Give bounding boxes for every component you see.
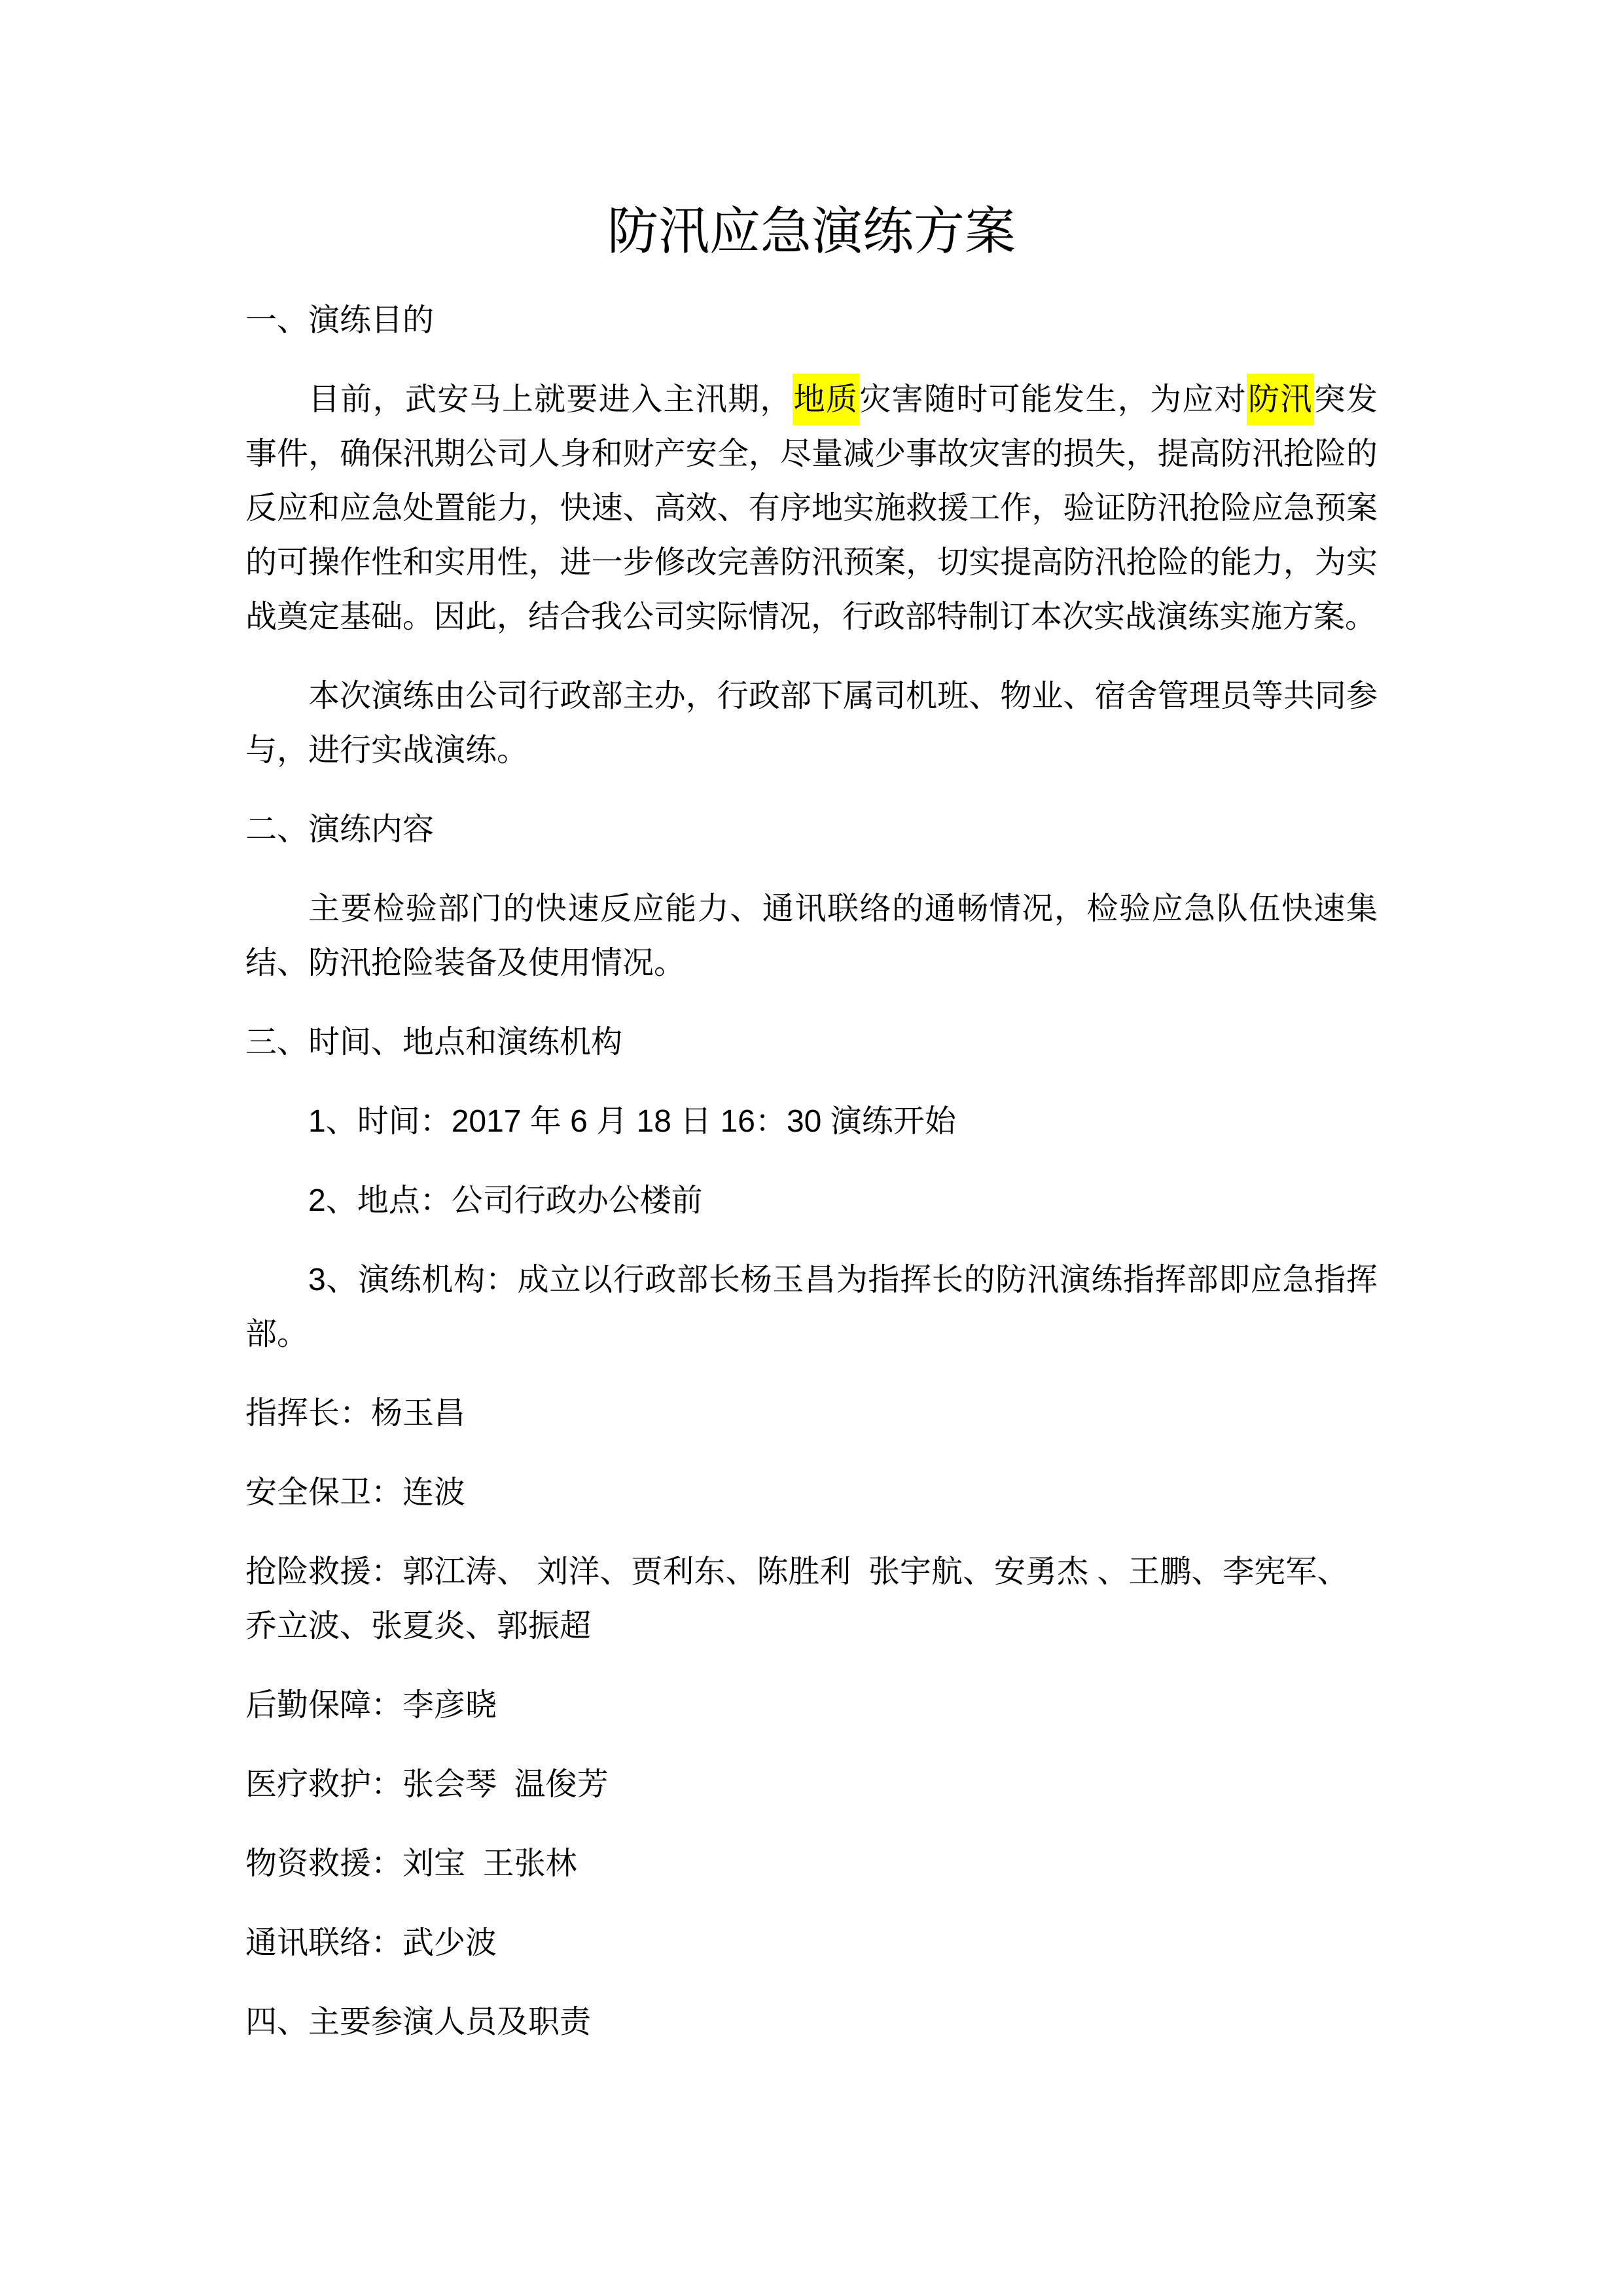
role-supplies: 物资救援：刘宝 王张林: [245, 1837, 1378, 1891]
purpose-text-pre: 目前，武安马上就要进入主汛期，: [308, 382, 793, 417]
role-logistics: 后勤保障：李彦晓: [245, 1678, 1378, 1732]
section-heading-1: 一、演练目的: [245, 293, 1378, 348]
role-medical: 医疗救护：张会琴 温俊芳: [245, 1757, 1378, 1812]
role-rescue: 抢险救援：郭江涛、 刘洋、贾利东、陈胜利 张宇航、安勇杰 、王鹏、李宪军、乔立波…: [245, 1545, 1378, 1653]
organization-item: 3、演练机构：成立以行政部长杨玉昌为指挥长的防汛演练指挥部即应急指挥部。: [245, 1253, 1378, 1361]
time-item: 1、时间：2017 年 6 月 18 日 16：30 演练开始: [245, 1094, 1378, 1149]
purpose-paragraph: 目前，武安马上就要进入主汛期，地质灾害随时可能发生，为应对防汛突发事件，确保汛期…: [245, 372, 1378, 644]
document-title: 防汛应急演练方案: [245, 195, 1378, 268]
section-heading-4: 四、主要参演人员及职责: [245, 1995, 1378, 2049]
document-page: 防汛应急演练方案 一、演练目的 目前，武安马上就要进入主汛期，地质灾害随时可能发…: [0, 0, 1623, 2296]
role-commander: 指挥长：杨玉昌: [245, 1386, 1378, 1441]
role-communication: 通讯联络：武少波: [245, 1916, 1378, 1970]
section-heading-2: 二、演练内容: [245, 802, 1378, 857]
content-paragraph: 主要检验部门的快速反应能力、通讯联络的通畅情况，检验应急队伍快速集结、防汛抢险装…: [245, 882, 1378, 990]
section-heading-3: 三、时间、地点和演练机构: [245, 1015, 1378, 1069]
highlight-dizhi: 地质: [793, 374, 860, 425]
role-security: 安全保卫：连波: [245, 1465, 1378, 1520]
purpose-text-mid: 灾害随时可能发生，为应对: [859, 382, 1247, 417]
organizer-paragraph: 本次演练由公司行政部主办，行政部下属司机班、物业、宿舍管理员等共同参与，进行实战…: [245, 669, 1378, 778]
highlight-fangxun: 防汛: [1247, 374, 1314, 425]
place-item: 2、地点：公司行政办公楼前: [245, 1174, 1378, 1228]
